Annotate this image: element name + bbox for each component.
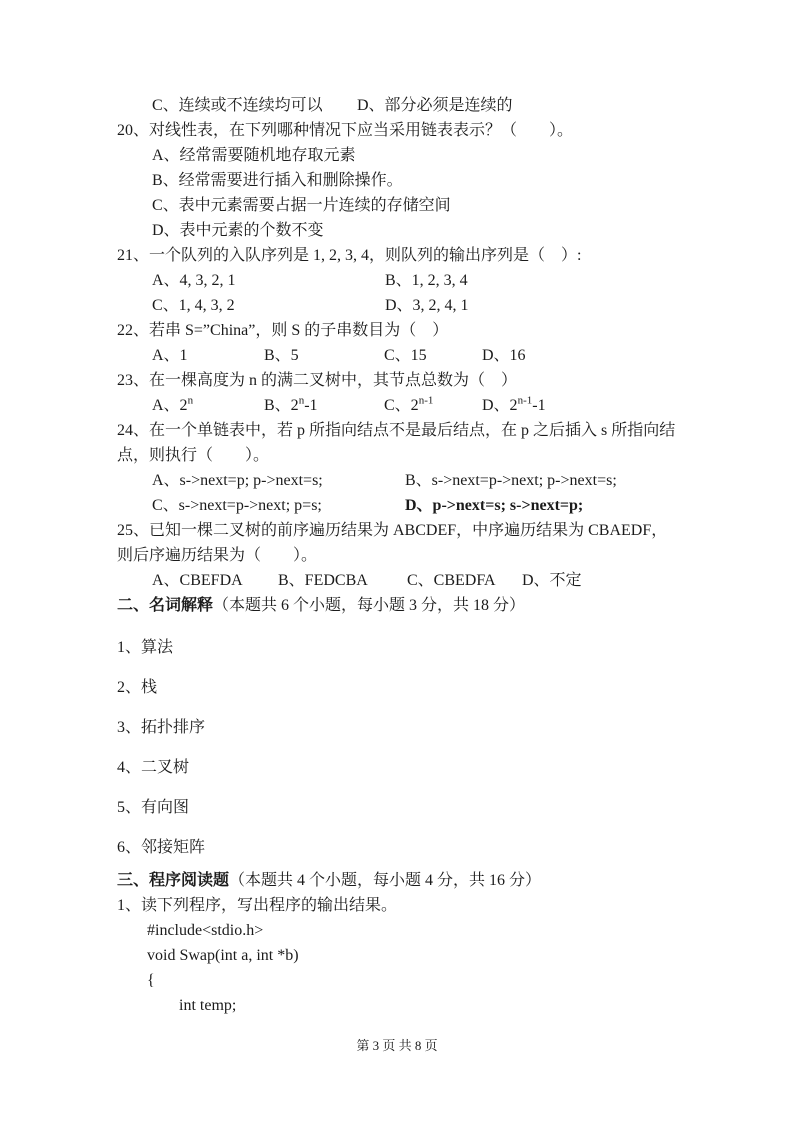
q25-option-c: C、CBEDFA [407,568,522,593]
page-number-footer: 第 3 页 共 8 页 [0,1036,794,1056]
q21-option-b: B、1, 2, 3, 4 [385,268,468,293]
q21-option-d: D、3, 2, 4, 1 [385,293,469,318]
q24-option-c: C、s->next=p->next; p=s; [152,493,405,518]
q25-options-row: A、CBEFDA B、FEDCBA C、CBEDFA D、不定 [117,568,683,593]
q23-stem: 23、在一棵高度为 n 的满二叉树中，其节点总数为（ ） [117,368,683,393]
q24-option-b: B、s->next=p->next; p->next=s; [405,468,617,493]
code-line-int-temp: int temp; [117,993,683,1018]
q23-option-c-exponent: n-1 [419,395,434,407]
q24-options-row-2: C、s->next=p->next; p=s; D、p->next=s; s->… [117,493,683,518]
section2-header: 二、名词解释（本题共 6 个小题，每小题 3 分，共 18 分） [117,593,683,618]
section2-title: 二、名词解释 [117,597,213,614]
term-item-algorithm: 1、算法 [117,628,683,668]
term-item-topological-sort: 3、拓扑排序 [117,708,683,748]
q25-option-d: D、不定 [522,568,582,593]
section2-title-note: （本题共 6 个小题，每小题 3 分，共 18 分） [213,597,525,614]
q23-option-b: B、2n-1 [264,393,384,418]
q21-option-c: C、1, 4, 3, 2 [152,293,385,318]
q21-option-a: A、4, 3, 2, 1 [152,268,385,293]
code-line-include: #include<stdio.h> [117,918,683,943]
q21-stem: 21、一个队列的入队序列是 1, 2, 3, 4，则队列的输出序列是（ ）: [117,243,683,268]
code-line-open-brace: { [117,968,683,993]
q24-option-a: A、s->next=p; p->next=s; [152,468,405,493]
q22-options-row: A、1 B、5 C、15 D、16 [117,343,683,368]
term-item-adjacency-matrix: 6、邻接矩阵 [117,828,683,868]
term-item-stack: 2、栈 [117,668,683,708]
term-item-directed-graph: 5、有向图 [117,788,683,828]
q22-option-a: A、1 [152,343,264,368]
q25-stem-line2: 则后序遍历结果为（ ）。 [117,543,683,568]
q22-option-c: C、15 [384,343,482,368]
term-item-binary-tree: 4、二叉树 [117,748,683,788]
code-line-function-signature: void Swap(int a, int *b) [117,943,683,968]
page-content: C、连续或不连续均可以 D、部分必须是连续的 20、对线性表，在下列哪种情况下应… [117,93,683,1018]
q22-option-d: D、16 [482,343,526,368]
q22-option-b: B、5 [264,343,384,368]
q23-option-a-exponent: n [188,395,194,407]
q25-option-b: B、FEDCBA [278,568,407,593]
q21-options-row-2: C、1, 4, 3, 2 D、3, 2, 4, 1 [117,293,683,318]
q25-option-a: A、CBEFDA [152,568,278,593]
q24-option-d: D、p->next=s; s->next=p; [405,493,583,518]
q25-stem-line1: 25、已知一棵二叉树的前序遍历结果为 ABCDEF，中序遍历结果为 CBAEDF… [117,518,683,543]
q23-option-a: A、2n [152,393,264,418]
section3-title: 三、程序阅读题 [117,872,229,889]
q19-option-d: D、部分必须是连续的 [357,93,513,118]
q23-option-d-exponent: n-1 [518,395,533,407]
q24-stem-line2: 点，则执行（ ）。 [117,443,683,468]
q20-stem: 20、对线性表，在下列哪种情况下应当采用链表表示？（ ）。 [117,118,683,143]
q21-options-row-1: A、4, 3, 2, 1 B、1, 2, 3, 4 [117,268,683,293]
q20-option-a: A、经常需要随机地存取元素 [117,143,683,168]
q19-options-row: C、连续或不连续均可以 D、部分必须是连续的 [117,93,683,118]
q23-option-c: C、2n-1 [384,393,482,418]
q20-option-b: B、经常需要进行插入和删除操作。 [117,168,683,193]
q19-option-c: C、连续或不连续均可以 [152,93,357,118]
q23-options-row: A、2n B、2n-1 C、2n-1 D、2n-1-1 [117,393,683,418]
q20-option-c: C、表中元素需要占据一片连续的存储空间 [117,193,683,218]
exam-document-page: C、连续或不连续均可以 D、部分必须是连续的 20、对线性表，在下列哪种情况下应… [0,0,794,1123]
q22-stem: 22、若串 S=”China”，则 S 的子串数目为（ ） [117,318,683,343]
section3-header: 三、程序阅读题（本题共 4 个小题，每小题 4 分，共 16 分） [117,868,683,893]
section3-q1-stem: 1、读下列程序，写出程序的输出结果。 [117,893,683,918]
q20-option-d: D、表中元素的个数不变 [117,218,683,243]
section3-title-note: （本题共 4 个小题，每小题 4 分，共 16 分） [229,872,541,889]
q23-option-d: D、2n-1-1 [482,393,546,418]
q24-options-row-1: A、s->next=p; p->next=s; B、s->next=p->nex… [117,468,683,493]
section2-items: 1、算法 2、栈 3、拓扑排序 4、二叉树 5、有向图 6、邻接矩阵 [117,628,683,868]
q24-stem-line1: 24、在一个单链表中，若 p 所指向结点不是最后结点，在 p 之后插入 s 所指… [117,418,683,443]
